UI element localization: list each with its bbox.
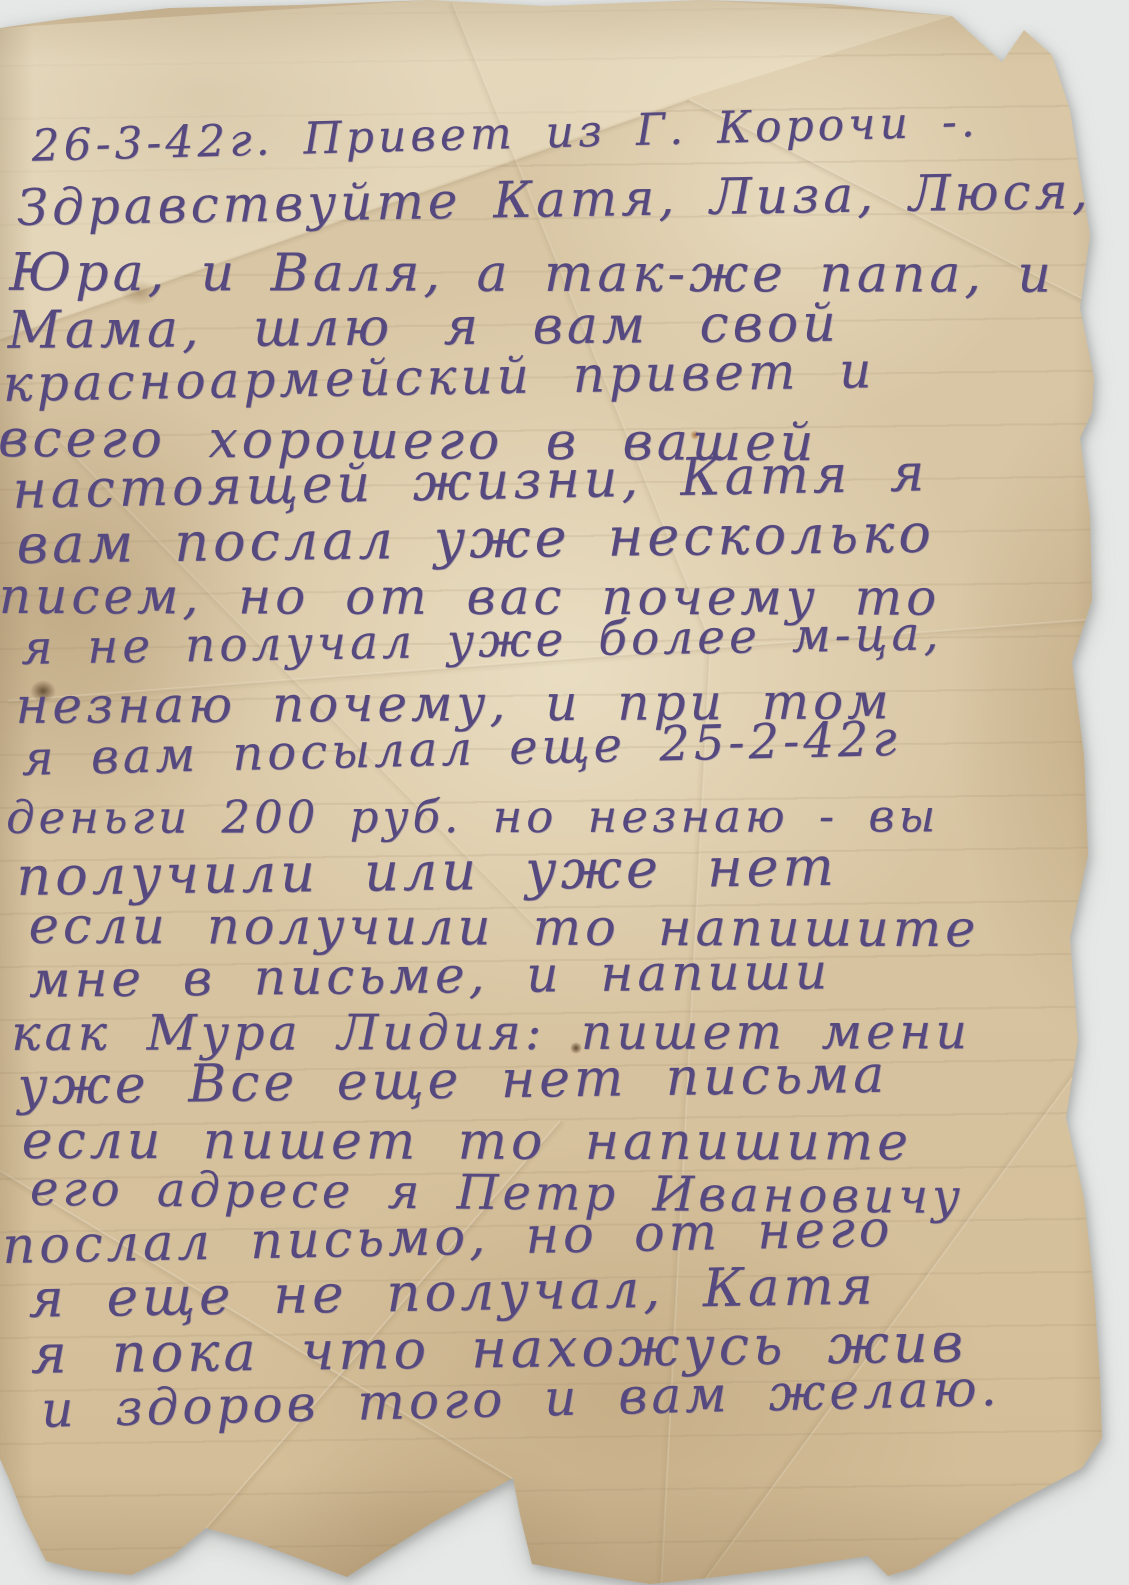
handwriting-layer: 26-3-42г. Привет из Г. Корочи -. Здравст… (0, 0, 1129, 1585)
scanner-background: 26-3-42г. Привет из Г. Корочи -. Здравст… (0, 0, 1129, 1585)
handwritten-line-date: 26-3-42г. Привет из Г. Корочи -. (31, 96, 979, 172)
paper-shadow: 26-3-42г. Привет из Г. Корочи -. Здравст… (0, 0, 1129, 1585)
letter-paper: 26-3-42г. Привет из Г. Корочи -. Здравст… (0, 0, 1129, 1585)
handwritten-line: мне в письме, и напиши (29, 942, 832, 1008)
handwritten-line: уже Все еще нет письма (17, 1045, 888, 1117)
handwritten-line: Здравствуйте Катя, Лиза, Люся, (16, 162, 1092, 237)
handwritten-line: красноармейский привет и (2, 341, 875, 413)
handwritten-line: вам послал уже несколько (16, 502, 935, 576)
